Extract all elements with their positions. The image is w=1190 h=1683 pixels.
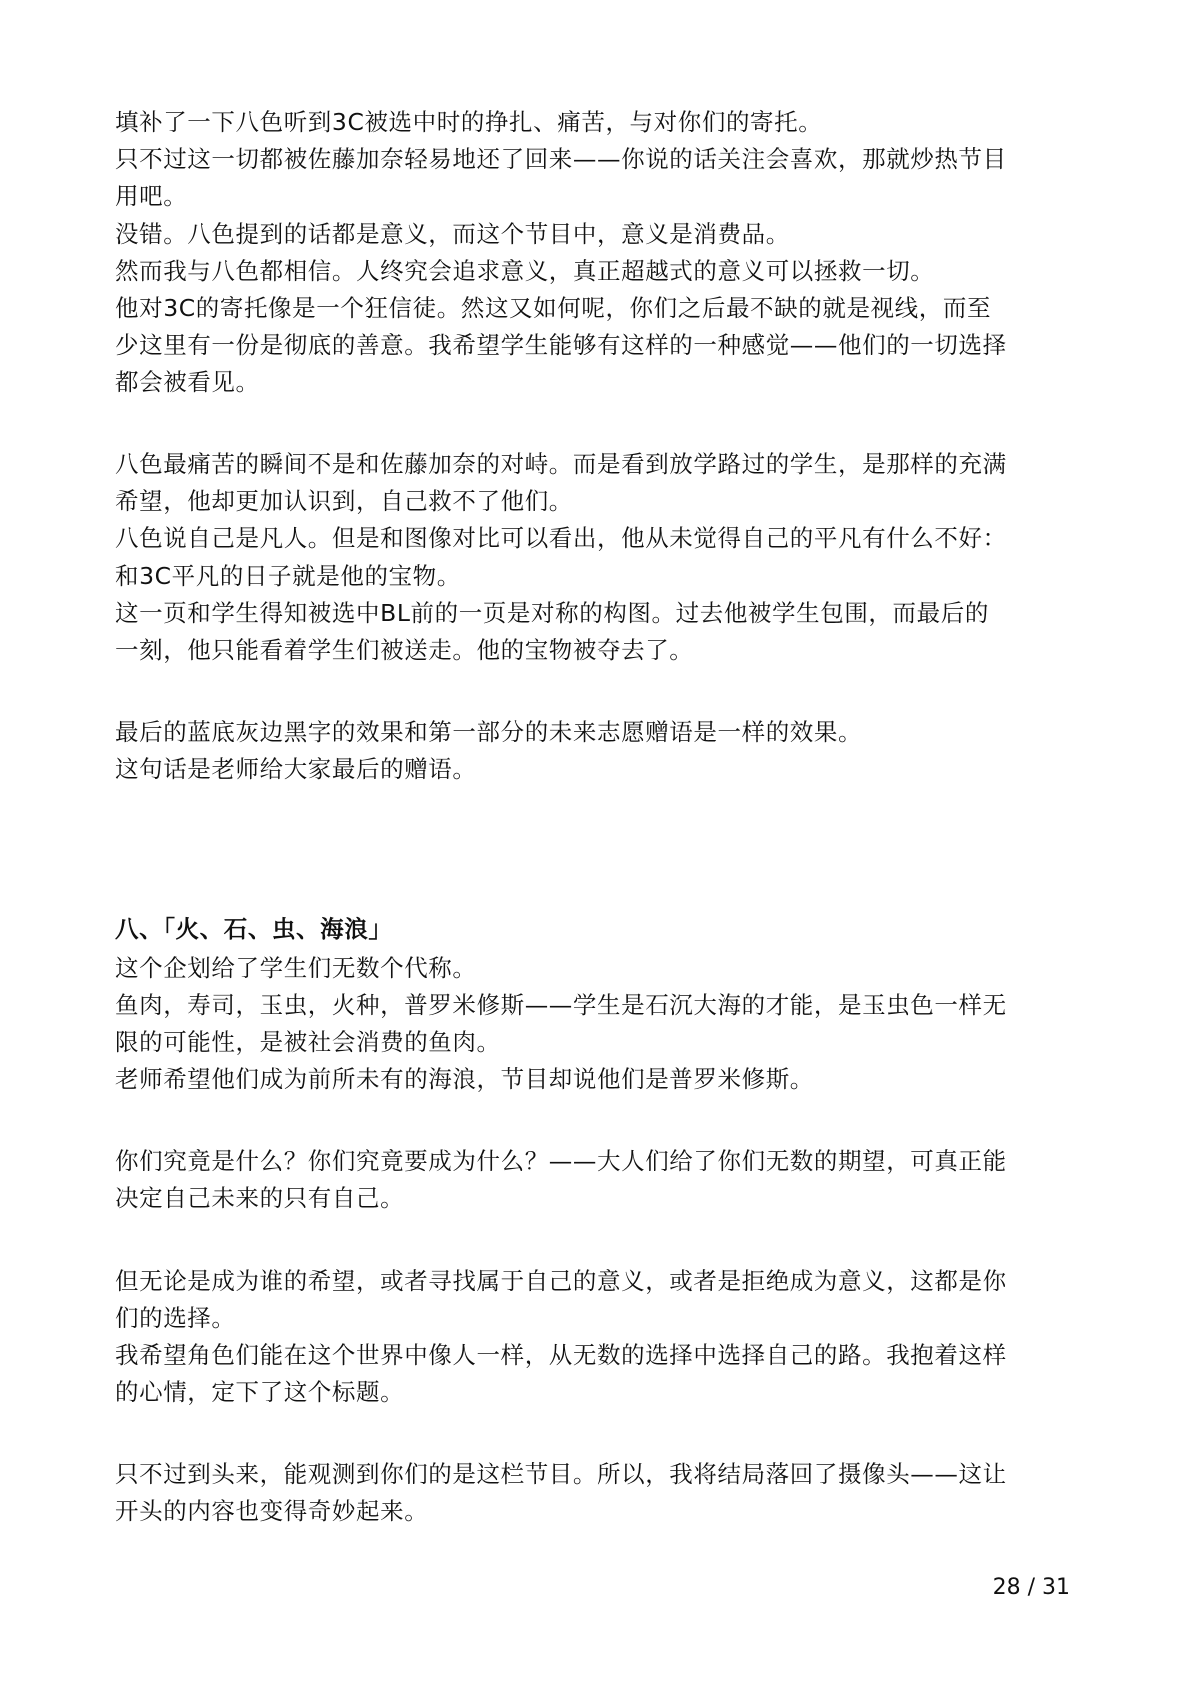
text-line: 最后的蓝底灰边黑字的效果和第一部分的未来志愿赠语是一样的效果。 [115,717,1075,747]
text-line: 他对3C的寄托像是一个狂信徒。然这又如何呢，你们之后最不缺的就是视线，而至 [115,293,1075,323]
text-line: 只不过到头来，能观测到你们的是这栏节目。所以，我将结局落回了摄像头——这让 [115,1459,1075,1489]
text-line: 填补了一下八色听到3C被选中时的挣扎、痛苦，与对你们的寄托。 [115,107,1075,137]
text-line: 老师希望他们成为前所未有的海浪，节目却说他们是普罗米修斯。 [115,1064,1075,1094]
text-line: 鱼肉，寿司，玉虫，火种，普罗米修斯——学生是石沉大海的才能，是玉虫色一样无 [115,990,1075,1020]
section-heading: 八、「火、石、虫、海浪」 [115,914,1075,944]
text-line: 和3C平凡的日子就是他的宝物。 [115,561,1075,591]
document-page: 填补了一下八色听到3C被选中时的挣扎、痛苦，与对你们的寄托。 只不过这一切都被佐… [0,0,1190,1683]
text-line: 我希望角色们能在这个世界中像人一样，从无数的选择中选择自己的路。我抱着这样 [115,1340,1075,1370]
text-line: 少这里有一份是彻底的善意。我希望学生能够有这样的一种感觉——他们的一切选择 [115,330,1075,360]
text-line: 用吧。 [115,181,1075,211]
text-line: 限的可能性，是被社会消费的鱼肉。 [115,1027,1075,1057]
page-number: 28 / 31 [993,1574,1070,1602]
text-line: 但无论是成为谁的希望，或者寻找属于自己的意义，或者是拒绝成为意义，这都是你 [115,1266,1075,1296]
text-line: 八色最痛苦的瞬间不是和佐藤加奈的对峙。而是看到放学路过的学生，是那样的充满 [115,449,1075,479]
text-line: 都会被看见。 [115,367,1075,397]
text-line: 一刻，他只能看着学生们被送走。他的宝物被夺去了。 [115,635,1075,665]
text-line: 八色说自己是凡人。但是和图像对比可以看出，他从未觉得自己的平凡有什么不好： [115,523,1075,553]
text-line: 然而我与八色都相信。人终究会追求意义，真正超越式的意义可以拯救一切。 [115,256,1075,286]
text-line: 们的选择。 [115,1303,1075,1333]
text-line: 这一页和学生得知被选中BL前的一页是对称的构图。过去他被学生包围，而最后的 [115,598,1075,628]
text-line: 决定自己未来的只有自己。 [115,1183,1075,1213]
text-line: 这句话是老师给大家最后的赠语。 [115,754,1075,784]
text-line: 这个企划给了学生们无数个代称。 [115,953,1075,983]
text-line: 没错。八色提到的话都是意义，而这个节目中，意义是消费品。 [115,219,1075,249]
text-line: 只不过这一切都被佐藤加奈轻易地还了回来——你说的话关注会喜欢，那就炒热节目 [115,144,1075,174]
text-line: 希望，他却更加认识到，自己救不了他们。 [115,486,1075,516]
text-line: 开头的内容也变得奇妙起来。 [115,1496,1075,1526]
text-line: 的心情，定下了这个标题。 [115,1377,1075,1407]
text-line: 你们究竟是什么？你们究竟要成为什么？——大人们给了你们无数的期望，可真正能 [115,1146,1075,1176]
